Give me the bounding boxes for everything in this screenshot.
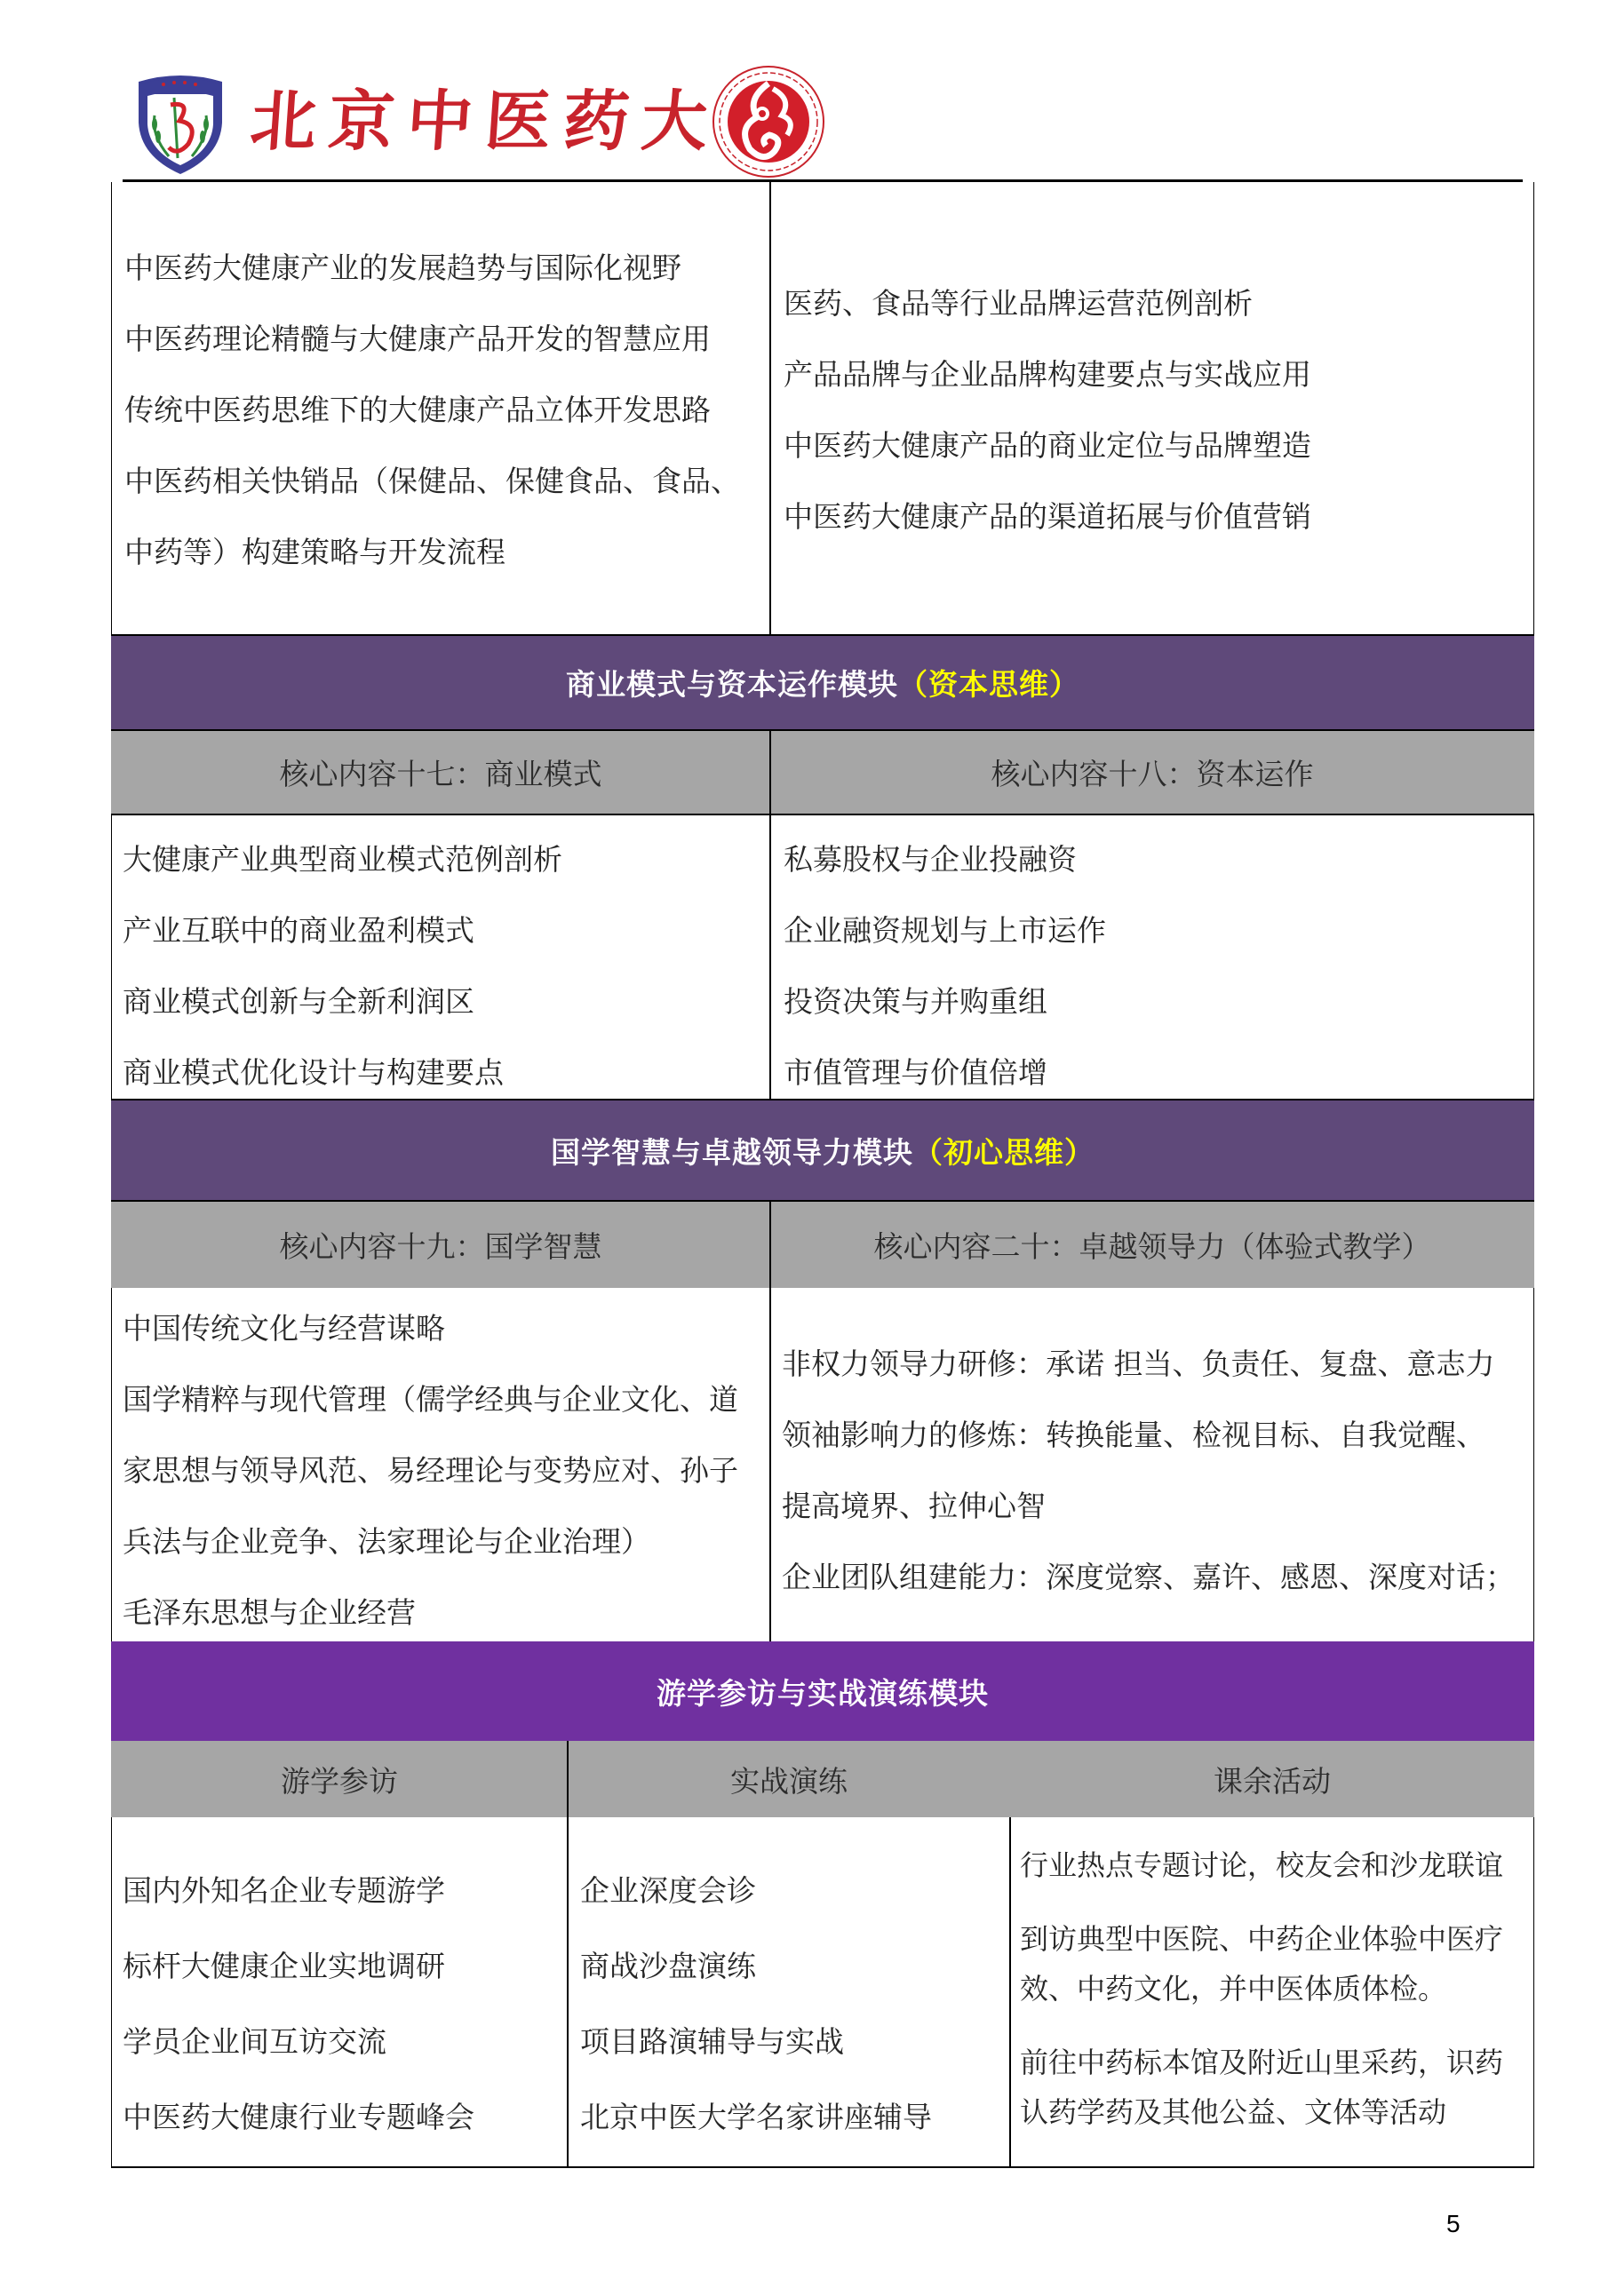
list-item: 中医药理论精髓与大健康产品开发的智慧应用 [124,304,740,375]
column-header: 游学参访 [111,1741,568,1817]
list-item: 中医药大健康产品的商业定位与品牌塑造 [784,410,1311,481]
column-header: 课余活动 [1010,1741,1534,1817]
list-item: 国学精粹与现代管理（儒学经典与企业文化、道 [123,1364,738,1435]
list-item: 商战沙盘演练 [580,1928,932,2004]
list-item: 效、中药文化，并中医体质体检。 [1020,1964,1503,2014]
module-banner-sinology-leadership: 国学智慧与卓越领导力模块（初心思维） [111,1100,1534,1201]
row-rule [111,814,1534,815]
business-model-list: 大健康产业典型商业模式范例剖析 产业互联中的商业盈利模式 商业模式创新与全新利润… [123,824,562,1108]
column-divider [1009,1817,1011,2167]
module-banner-business-capital: 商业模式与资本运作模块（资本思维） [111,634,1534,730]
column-divider [769,182,771,634]
column-header: 核心内容十七：商业模式 [111,730,770,814]
page-number: 5 [1446,2210,1461,2238]
field-visit-list: 国内外知名企业专题游学 标杆大健康企业实地调研 学员企业间互访交流 中医药大健康… [123,1853,474,2155]
list-item: 私募股权与企业投融资 [784,824,1106,895]
list-item: 行业热点专题讨论，校友会和沙龙联谊 [1020,1840,1503,1890]
list-item: 国内外知名企业专题游学 [123,1853,474,1928]
column-divider [769,1201,771,1641]
list-item: 企业融资规划与上市运作 [784,895,1106,966]
list-item: 中医药大健康行业专题峰会 [123,2079,474,2155]
list-item: 中医药相关快销品（保健品、保健食品、食品、 [124,446,740,517]
list-item: 前往中药标本馆及附近山里采药，识药 [1020,2038,1503,2087]
red-seal-logo [711,64,826,179]
list-item: 中医药大健康产业的发展趋势与国际化视野 [124,233,740,304]
module-title: 游学参访与实战演练模块 [657,1671,989,1712]
university-shield-logo [133,71,227,176]
list-item: 企业深度会诊 [580,1853,932,1928]
list-item: 中国传统文化与经营谋略 [123,1293,738,1364]
column-divider [567,1741,569,2167]
list-item: 传统中医药思维下的大健康产品立体开发思路 [124,375,740,446]
sinology-list: 中国传统文化与经营谋略 国学精粹与现代管理（儒学经典与企业文化、道 家思想与领导… [123,1293,738,1649]
column-header: 核心内容十八：资本运作 [770,730,1534,814]
capital-operation-list: 私募股权与企业投融资 企业融资规划与上市运作 投资决策与并购重组 市值管理与价值… [784,824,1106,1108]
list-item: 认药学药及其他公益、文体等活动 [1020,2087,1503,2137]
top-right-list: 医药、食品等行业品牌运营范例剖析 产品品牌与企业品牌构建要点与实战应用 中医药大… [784,268,1311,552]
column-divider [769,730,771,1100]
list-item: 项目路演辅导与实战 [580,2004,932,2079]
module-title: 国学智慧与卓越领导力模块 [551,1130,913,1172]
list-item: 到访典型中医院、中药企业体验中医疗 [1020,1914,1503,1964]
list-item: 医药、食品等行业品牌运营范例剖析 [784,268,1311,339]
list-item: 家思想与领导风范、易经理论与变势应对、孙子 [123,1435,738,1506]
module-accent: （初心思维） [913,1130,1095,1172]
row-rule [111,729,1534,731]
column-header: 核心内容十九：国学智慧 [111,1201,770,1288]
list-item: 投资决策与并购重组 [784,966,1106,1037]
column-header: 实战演练 [568,1741,1010,1817]
list-item: 大健康产业典型商业模式范例剖析 [123,824,562,895]
list-item: 市值管理与价值倍增 [784,1037,1106,1108]
list-item: 产品品牌与企业品牌构建要点与实战应用 [784,339,1311,410]
list-item: 非权力领导力研修：承诺 担当、负责任、复盘、意志力 [782,1329,1515,1400]
list-item: 兵法与企业竞争、法家理论与企业治理） [123,1506,738,1577]
list-item: 企业团队组建能力：深度觉察、嘉许、感恩、深度对话； [782,1542,1515,1613]
list-item: 学员企业间互访交流 [123,2004,474,2079]
leadership-list: 非权力领导力研修：承诺 担当、负责任、复盘、意志力 领袖影响力的修炼：转换能量、… [782,1329,1515,1613]
list-item: 标杆大健康企业实地调研 [123,1928,474,2004]
practice-drill-list: 企业深度会诊 商战沙盘演练 项目路演辅导与实战 北京中医大学名家讲座辅导 [580,1853,932,2155]
list-item: 中医药大健康产品的渠道拓展与价值营销 [784,481,1311,552]
list-item: 商业模式创新与全新利润区 [123,966,562,1037]
row-rule [111,1099,1534,1100]
column-header: 核心内容二十：卓越领导力（体验式教学） [770,1201,1534,1288]
module-accent: （资本思维） [898,662,1079,703]
list-item: 中药等）构建策略与开发流程 [124,517,740,588]
module-title: 商业模式与资本运作模块 [566,662,898,703]
list-item: 商业模式优化设计与构建要点 [123,1037,562,1108]
extracurricular-list: 行业热点专题讨论，校友会和沙龙联谊 到访典型中医院、中药企业体验中医疗 效、中药… [1020,1840,1503,2137]
row-rule [111,1200,1534,1202]
list-item: 领袖影响力的修炼：转换能量、检视目标、自我觉醒、 [782,1400,1515,1471]
list-item: 北京中医大学名家讲座辅导 [580,2079,932,2155]
module-banner-field-study: 游学参访与实战演练模块 [111,1641,1534,1741]
top-left-list: 中医药大健康产业的发展趋势与国际化视野 中医药理论精髓与大健康产品开发的智慧应用… [124,233,740,588]
row-rule [111,634,1534,636]
list-item: 毛泽东思想与企业经营 [123,1577,738,1649]
list-item: 提高境界、拉伸心智 [782,1471,1515,1542]
list-item: 产业互联中的商业盈利模式 [123,895,562,966]
